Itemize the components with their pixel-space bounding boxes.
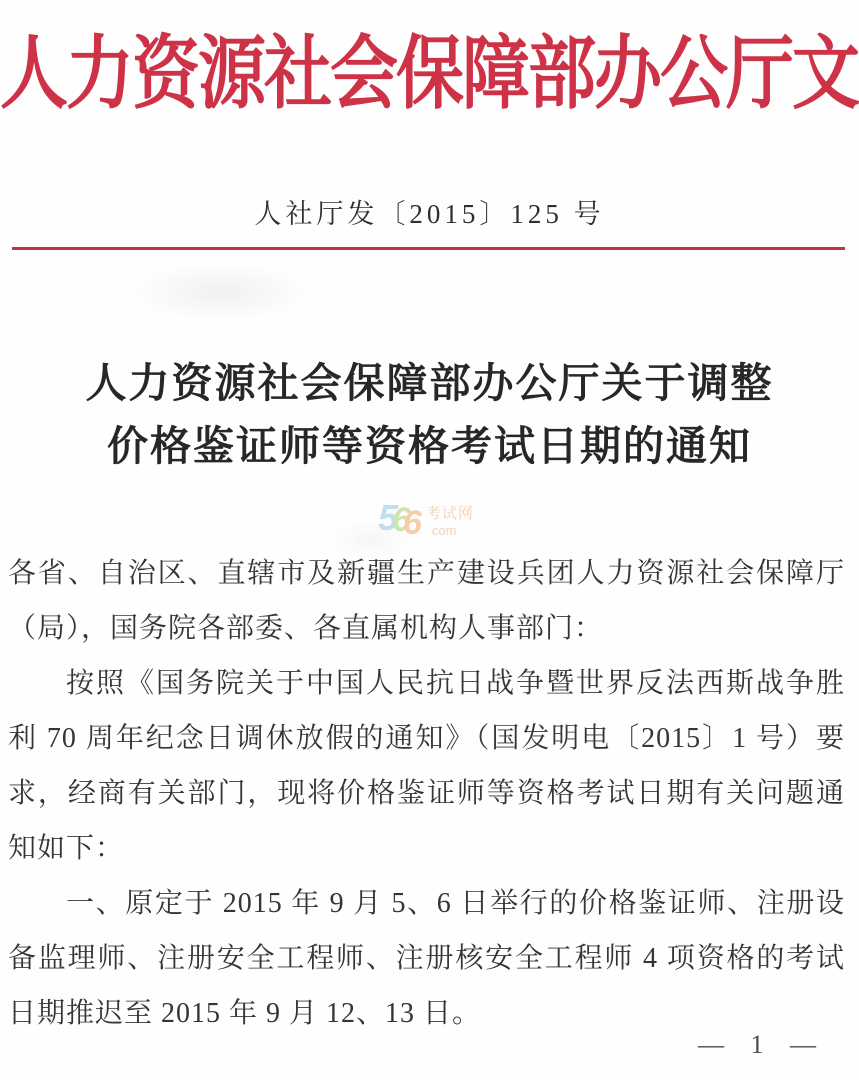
page-number: — 1 — [698, 1030, 826, 1060]
body-line: 按照《国务院关于中国人民抗日战争暨世界反法西斯战争胜 [8, 656, 845, 711]
document-title-line-2: 价格鉴证师等资格考试日期的通知 [0, 415, 859, 478]
letterhead-title: 人力资源社会保障部办公厅文件 [0, 10, 859, 124]
body-line: （局），国务院各部委、各直属机构人事部门： [8, 601, 845, 656]
body-line: 知如下： [8, 821, 845, 876]
document-title-line-1: 人力资源社会保障部办公厅关于调整 [0, 352, 859, 415]
body-line: 利 70 周年纪念日调休放假的通知》（国发明电〔2015〕1 号）要 [8, 711, 845, 766]
scan-artifact [130, 262, 310, 322]
body-line: 一、原定于 2015 年 9 月 5、6 日举行的价格鉴证师、注册设 [8, 876, 845, 931]
document-body: 各省、自治区、直辖市及新疆生产建设兵团人力资源社会保障厅 （局），国务院各部委、… [8, 546, 845, 1041]
watermark-domain: com [432, 524, 474, 537]
document-number: 人社厅发〔2015〕125 号 [0, 192, 859, 231]
red-rule-divider [12, 247, 845, 250]
watermark-site: 考试网 com [426, 506, 474, 537]
watermark-site-name: 考试网 [426, 505, 474, 522]
document-page: 人力资源社会保障部办公厅文件 人社厅发〔2015〕125 号 人力资源社会保障部… [0, 0, 859, 1080]
document-title: 人力资源社会保障部办公厅关于调整 价格鉴证师等资格考试日期的通知 [0, 352, 859, 478]
body-line: 求，经商有关部门，现将价格鉴证师等资格考试日期有关问题通 [8, 766, 845, 821]
body-line: 各省、自治区、直辖市及新疆生产建设兵团人力资源社会保障厅 [8, 546, 845, 601]
body-line: 备监理师、注册安全工程师、注册核安全工程师 4 项资格的考试 [8, 931, 845, 986]
